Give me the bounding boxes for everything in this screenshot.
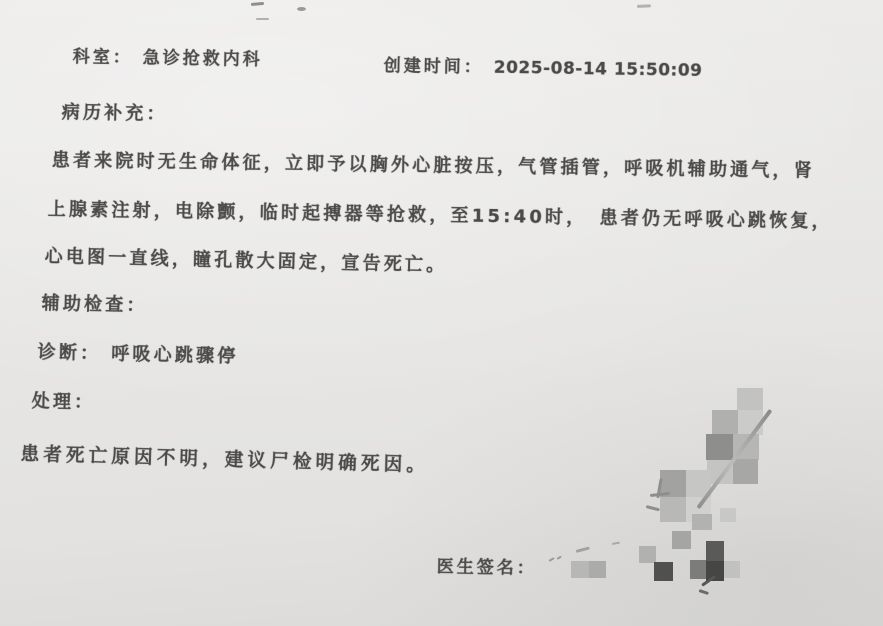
pen-stroke — [696, 409, 772, 509]
scan-artifact — [637, 4, 651, 8]
supplement-text-line-1: 患者来院时无生命体征，立即予以胸外心脏按压，气管插管，呼吸机辅助通气，肾 — [52, 146, 815, 183]
department-line: 科室：急诊抢救内科 — [73, 42, 263, 70]
doctor-signature-line: 医生签名： — [437, 552, 537, 579]
mosaic-cell — [733, 459, 758, 484]
mosaic-cell — [660, 497, 686, 522]
created-time-label: 创建时间： — [384, 56, 484, 78]
mosaic-cell — [672, 531, 691, 549]
mosaic-cell — [720, 508, 736, 522]
diagnosis-value: 呼吸心跳骤停 — [111, 344, 239, 368]
signature-pen-mark — [557, 556, 562, 560]
signature-pen-tail — [701, 575, 716, 587]
diagnosis-label: 诊断： — [37, 342, 101, 364]
treatment-text: 患者死亡原因不明，建议尸检明确死因。 — [20, 444, 429, 476]
mosaic-cell — [706, 434, 733, 460]
department-label: 科室： — [73, 47, 133, 68]
supplement-section-label: 病历补充： — [62, 98, 168, 126]
supplement-text-line-2: 上腺素注射，电除颤，临时起搏器等抢救，至15:40时， 患者仍无呼吸心跳恢复， — [48, 195, 833, 233]
treatment-text-line: 患者死亡原因不明，建议尸检明确死因。 — [20, 440, 429, 477]
created-time-line: 创建时间：2025-08-14 15:50:09 — [384, 51, 703, 81]
supplement-text: 患者来院时无生命体征，立即予以胸外心脏按压，气管插管，呼吸机辅助通气，肾 — [52, 150, 815, 182]
diagnosis-line: 诊断：呼吸心跳骤停 — [37, 338, 238, 368]
scan-artifact — [251, 2, 264, 6]
mosaic-cell — [724, 561, 740, 578]
mosaic-cell — [589, 561, 606, 578]
signature-pen-mark — [549, 557, 555, 562]
supplement-text: 上腺素注射，电除颤，临时起搏器等抢救，至15:40时， 患者仍无呼吸心跳恢复， — [48, 199, 833, 232]
scan-artifact — [256, 18, 269, 20]
signature-pen-tail — [699, 589, 709, 595]
scanned-medical-record-page: 科室：急诊抢救内科 创建时间：2025-08-14 15:50:09 病历补充：… — [0, 0, 883, 626]
scan-artifact — [297, 7, 306, 11]
mosaic-cell — [639, 546, 656, 563]
doctor-signature-label: 医生签名： — [437, 557, 537, 579]
mosaic-cell — [571, 561, 589, 578]
supplement-text: 心电图一直线，瞳孔散大固定，宣告死亡。 — [44, 246, 447, 276]
mosaic-cell — [686, 497, 711, 522]
mosaic-cell — [654, 562, 673, 581]
department-value: 急诊抢救内科 — [143, 48, 263, 70]
signature-pen-mark — [612, 542, 620, 545]
handwriting-mark — [646, 505, 660, 511]
mosaic-cell — [690, 560, 707, 579]
treatment-section-label: 处理： — [32, 387, 96, 414]
mosaic-cell — [737, 388, 763, 412]
supplement-label: 病历补充： — [62, 102, 168, 125]
signature-pen-mark — [576, 546, 590, 553]
created-time-value: 2025-08-14 15:50:09 — [494, 58, 703, 81]
treatment-label: 处理： — [32, 391, 96, 413]
auxiliary-exam-label: 辅助检查： — [41, 293, 147, 316]
auxiliary-exam-line: 辅助检查： — [41, 289, 158, 318]
mosaic-cell — [712, 410, 738, 435]
mosaic-cell — [692, 514, 712, 530]
supplement-text-line-3: 心电图一直线，瞳孔散大固定，宣告死亡。 — [44, 242, 447, 277]
mosaic-cell — [706, 541, 724, 561]
